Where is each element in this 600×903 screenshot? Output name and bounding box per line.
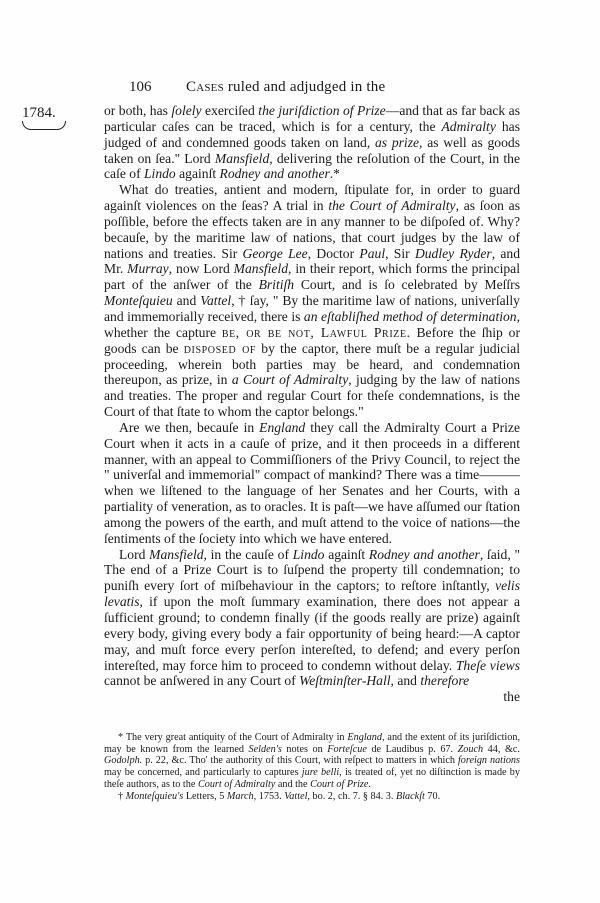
italic-text: foreign nations xyxy=(458,755,520,766)
text: againſt xyxy=(176,166,220,181)
italic-text: jure belli xyxy=(302,767,339,778)
page-number: 106 xyxy=(129,79,152,96)
text: . xyxy=(368,779,371,790)
italic-text: ſolely xyxy=(171,103,201,118)
text: they call the Admiralty Court a Prize Co… xyxy=(104,420,520,546)
italic-text: Paul xyxy=(359,246,385,261)
footnote-marker: .* xyxy=(330,166,340,181)
italic-text: Dudley Ryder xyxy=(415,246,492,261)
footnote-1: * The very great antiquity of the Court … xyxy=(104,732,520,791)
text: and the xyxy=(275,779,310,790)
text: p. 22, &c. Tho' the authority of this Co… xyxy=(142,755,458,766)
text: , in the cauſe of xyxy=(204,547,293,562)
text: notes on xyxy=(282,744,327,755)
text: , Doctor xyxy=(308,246,360,261)
italic-text: Theſe views xyxy=(456,658,520,673)
italic-text: Godolph. xyxy=(104,755,142,766)
italic-text: Court of Prize xyxy=(310,779,368,790)
text: exerciſed xyxy=(202,103,259,118)
italic-text: therefore xyxy=(420,673,469,688)
text: , Sir xyxy=(385,246,415,261)
catchword: the xyxy=(104,689,520,705)
italic-text: Admiralty xyxy=(442,119,496,134)
italic-text: Vattel xyxy=(284,791,307,802)
main-text: or both, has ſolely exerciſed the juriſd… xyxy=(104,103,520,705)
footnote-2: † Monteſquieu's Letters, 5 March, 1753. … xyxy=(104,791,520,803)
italic-text: the Court of Admiralty xyxy=(328,198,455,213)
italic-text: Monteſquieu xyxy=(104,293,173,308)
small-caps-text: be, or be not, Lawful Prize. xyxy=(222,325,411,340)
italic-text: Mansfield xyxy=(234,261,288,276)
text: de Laudibus p. 67. xyxy=(367,744,458,755)
italic-text: an eſtabliſhed method of determination xyxy=(304,309,517,324)
italic-text: Zouch xyxy=(458,744,483,755)
running-title: Cases ruled and adjudged in the xyxy=(186,79,385,96)
text: 44, &c. xyxy=(483,744,520,755)
italic-text: Blackſt xyxy=(396,791,425,802)
running-header: 106 Cases ruled and adjudged in the xyxy=(129,79,449,97)
text: , now Lord xyxy=(169,261,234,276)
paragraph-4: Lord Mansfield, in the cauſe of Lindo ag… xyxy=(104,547,520,690)
italic-text: Lindo xyxy=(144,166,176,181)
text: and xyxy=(173,293,201,308)
italic-text: a Court of Admiralty xyxy=(232,372,348,387)
italic-text: Weſtminſter-Hall xyxy=(299,673,390,688)
text: † xyxy=(118,791,126,802)
text: , and xyxy=(391,673,421,688)
text: , bo. 2, ch. 7. § 84. 3. xyxy=(307,791,396,802)
text: Letters, 5 xyxy=(183,791,227,802)
italic-text: Monteſquieu's xyxy=(126,791,184,802)
italic-text: March xyxy=(227,791,254,802)
italic-text: Selden's xyxy=(249,744,282,755)
margin-year-note: 1784. xyxy=(22,105,56,122)
footnotes: * The very great antiquity of the Court … xyxy=(104,732,520,802)
italic-text: Rodney and another xyxy=(369,547,480,562)
italic-text: Forteſcue xyxy=(327,744,367,755)
italic-text: England xyxy=(347,732,382,743)
italic-text: Vattel xyxy=(200,293,231,308)
italic-text: Court of Admiralty xyxy=(198,779,275,790)
text: Are we then, becauſe in xyxy=(119,420,259,435)
italic-text: as prize xyxy=(375,135,419,150)
text: againſt xyxy=(324,547,368,562)
running-title-caps: Cases xyxy=(186,79,224,95)
text: Lord xyxy=(119,547,149,562)
italic-text: Murray xyxy=(127,261,169,276)
text: , 1753. xyxy=(254,791,285,802)
italic-text: Rodney and another xyxy=(220,166,330,181)
paragraph-3: Are we then, becauſe in England they cal… xyxy=(104,420,520,547)
italic-text: Mansfield xyxy=(215,151,269,166)
italic-text: Lindo xyxy=(293,547,325,562)
paragraph-1: or both, has ſolely exerciſed the juriſd… xyxy=(104,103,520,182)
margin-brace-icon xyxy=(22,121,66,130)
text: cannot be anſwered in any Court of xyxy=(104,673,299,688)
book-page: 106 Cases ruled and adjudged in the 1784… xyxy=(0,0,600,903)
text: Court, and is ſo celebrated by Meſſrs xyxy=(294,277,520,292)
text: may be concerned, and particularly to ca… xyxy=(104,767,302,778)
text: or both, has xyxy=(104,103,171,118)
italic-text: England xyxy=(259,420,305,435)
italic-text: the juriſdiction of Prize xyxy=(258,103,385,118)
paragraph-2: What do treaties, antient and modern, ſt… xyxy=(104,182,520,420)
italic-text: Britiſh xyxy=(259,277,295,292)
italic-text: Mansfield xyxy=(149,547,203,562)
text: * The very great antiquity of the Court … xyxy=(118,732,347,743)
text: 70. xyxy=(425,791,440,802)
italic-text: George Lee xyxy=(243,246,308,261)
running-title-rest: ruled and adjudged in the xyxy=(224,79,385,95)
small-caps-text: disposed of xyxy=(184,341,256,356)
